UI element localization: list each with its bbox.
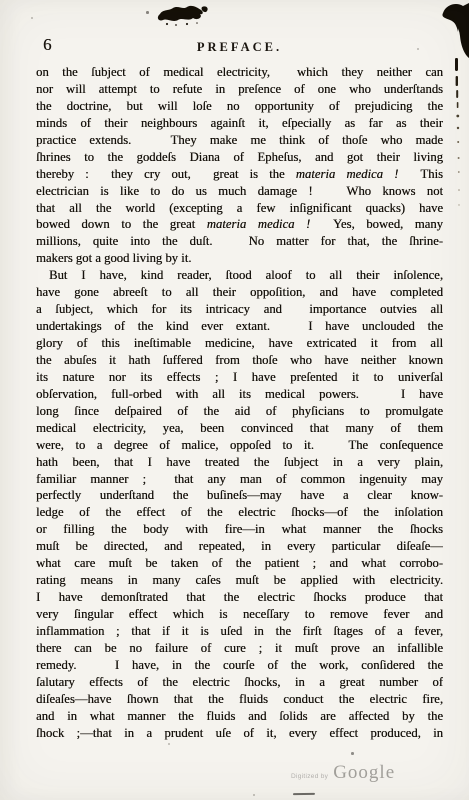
text-line: what care muſt be taken of the patient ;… [36, 555, 443, 572]
text-line: a ſubject, which for its intricacy and i… [36, 301, 443, 318]
text-line: ledge of the effect of the electric ſhoc… [36, 504, 443, 521]
text-line: electrician is like to do us much damage… [36, 183, 443, 200]
text-line: the doctrine, but will loſe no opportuni… [36, 98, 443, 115]
text-line: obſervation, full-orbed with all its med… [36, 386, 443, 403]
body-text: on the ſubject of medical electricity, w… [36, 64, 443, 742]
text-line: But I have, kind reader, ſtood aloof to … [36, 267, 443, 284]
text-line: diſeaſes—have ſhown that the fluids cond… [36, 691, 443, 708]
book-page-scan: 6 PREFACE. on the ſubject of medical ele… [0, 0, 469, 800]
text-line: its nature nor its effects ; I have preſ… [36, 369, 443, 386]
paper-speck [253, 794, 255, 796]
text-line: rating means in many caſes muſt be appli… [36, 572, 443, 589]
text-line: long ſince deſpaired of the aid of phyſi… [36, 403, 443, 420]
text-line: muſt be directed, and repeated, in every… [36, 538, 443, 555]
text-line: ſhock ;—that in a prudent uſe of it, eve… [36, 725, 443, 742]
text-line: bowed down to the great materia medica !… [36, 216, 443, 233]
text-line: have gone abreeſt to all their oppoſitio… [36, 284, 443, 301]
text-line: familiar manner ; that any man of common… [36, 471, 443, 488]
google-logo: Google [333, 762, 395, 784]
text-line: minds of their neighbours againſt it, eſ… [36, 115, 443, 132]
text-line: undertakings of the kind ever extant. I … [36, 318, 443, 335]
text-line: were, to a degree of malice, oppoſed to … [36, 437, 443, 454]
text-line: remedy. I have, in the courſe of the wor… [36, 657, 443, 674]
text-line: ſhrines to the goddeſs Diana of Epheſus,… [36, 149, 443, 166]
paper-speck [417, 48, 419, 50]
text-line: perfectly underſtand the buſineſs—may ha… [36, 487, 443, 504]
text-line: ſalutary effects of the electric ſhocks,… [36, 674, 443, 691]
text-line: practice extends. They make me think of … [36, 132, 443, 149]
paper-speck [31, 17, 33, 19]
ink-smudge-ornament [152, 4, 214, 28]
paper-speck [168, 743, 170, 745]
text-line: millions, quite into the duſt. No matter… [36, 233, 443, 250]
text-line: that all the world (excepting a few inſi… [36, 200, 443, 217]
text-line: glory of this ineſtimable medicine, have… [36, 335, 443, 352]
text-line: inflammation ; that if it is uſed in the… [36, 623, 443, 640]
text-line: I have demonſtrated that the electric ſh… [36, 589, 443, 606]
text-line: very ſingular effect which is neceſſary … [36, 606, 443, 623]
paper-speck [351, 752, 354, 755]
text-line: the abuſes it hath ſuffered from thoſe w… [36, 352, 443, 369]
text-line: there can be no failure of cure ; it muſ… [36, 640, 443, 657]
text-line: makers got a good living by it. [36, 250, 443, 267]
text-line: hath been, that I have treated the ſubje… [36, 454, 443, 471]
text-line: on the ſubject of medical electricity, w… [36, 64, 443, 81]
text-line: thereby : they cry out, great is the mat… [36, 166, 443, 183]
text-line: nor will attempt to refute in preſence o… [36, 81, 443, 98]
text-line: and in what manner the fluids and ſolids… [36, 708, 443, 725]
watermark-prefix-label: Digitized by [291, 773, 328, 780]
text-line: or filling the body with fire—in what ma… [36, 521, 443, 538]
paper-speck [146, 11, 149, 14]
page-title: PREFACE. [36, 40, 443, 55]
pen-mark [293, 793, 315, 796]
digitization-watermark: Digitized by Google [291, 762, 395, 784]
text-line: medical electricity, yea, been convinced… [36, 420, 443, 437]
